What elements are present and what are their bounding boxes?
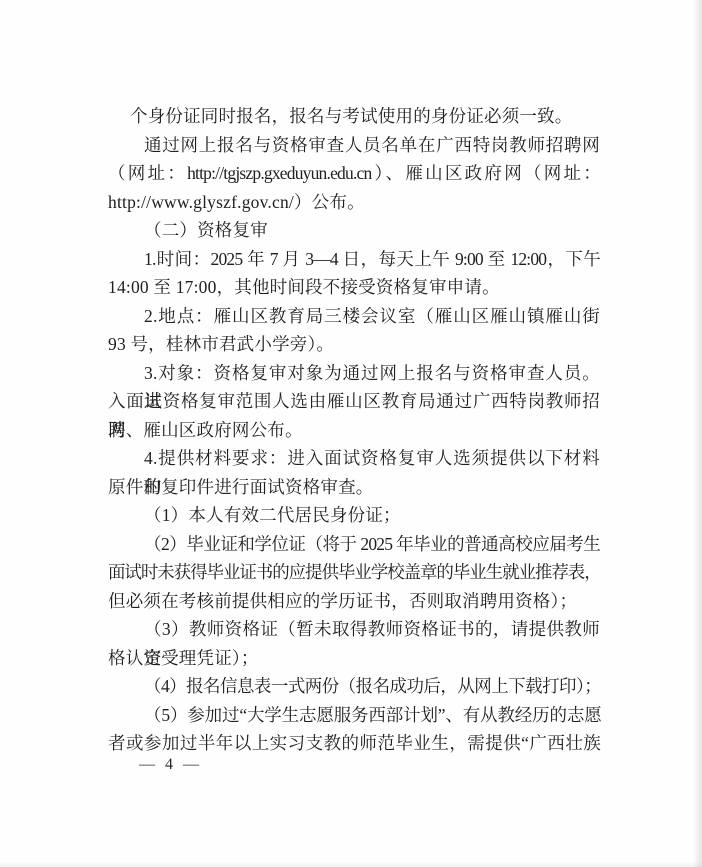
text-line: （2）毕业证和学位证（将于 2025 年毕业的普通高校应届考生 — [108, 530, 600, 559]
text-line: http://www.glyszf.gov.cn/）公布。 — [108, 188, 600, 217]
text-line: 4.提供材料要求：进入面试资格复审人选须提供以下材料的 — [108, 444, 600, 473]
text-line: 2.地点：雁山区教育局三楼会议室（雁山区雁山镇雁山街 — [108, 302, 600, 331]
text-line: 者或参加过半年以上实习支教的师范毕业生，需提供“广西壮族 — [108, 729, 600, 758]
text-line: （1）本人有效二代居民身份证； — [108, 501, 600, 530]
text-line: （3）教师资格证（暂未取得教师资格证书的，请提供教师资 — [108, 615, 600, 644]
text-line: 网、雁山区政府网公布。 — [108, 416, 600, 445]
scan-edge-artifact — [0, 861, 702, 867]
text-line: 格认定受理凭证）； — [108, 644, 600, 673]
text-line: 通过网上报名与资格审查人员名单在广西特岗教师招聘网 — [108, 131, 600, 160]
document-page: 个身份证同时报名，报名与考试使用的身份证必须一致。 通过网上报名与资格审查人员名… — [0, 0, 702, 867]
text-line: （4）报名信息表一式两份（报名成功后，从网上下载打印）； — [108, 672, 600, 701]
scan-edge-artifact — [693, 0, 702, 867]
page-number: — 4 — — [139, 755, 202, 775]
text-line: 原件和复印件进行面试资格审查。 — [108, 473, 600, 502]
text-line: 面试时未获得毕业证书的应提供毕业学校盖章的毕业生就业推荐表， — [108, 558, 600, 587]
text-line: （网址：http://tgjszp.gxeduyun.edu.cn）、雁山区政府… — [108, 159, 600, 188]
page-body-text: 个身份证同时报名，报名与考试使用的身份证必须一致。 通过网上报名与资格审查人员名… — [108, 102, 600, 758]
text-line: 93 号，桂林市君武小学旁）。 — [108, 330, 600, 359]
text-line: （5）参加过“大学生志愿服务西部计划”、有从教经历的志愿 — [108, 701, 600, 730]
text-line: 3.对象：资格复审对象为通过网上报名与资格审查人员。进 — [108, 359, 600, 388]
text-line: 14:00 至 17:00，其他时间段不接受资格复审申请。 — [108, 273, 600, 302]
text-line: 个身份证同时报名，报名与考试使用的身份证必须一致。 — [108, 102, 600, 131]
text-line: 1.时间：2025 年 7 月 3—4 日，每天上午 9:00 至 12:00，… — [108, 245, 600, 274]
section-heading: （二）资格复审 — [108, 216, 600, 245]
text-line: 入面试资格复审范围人选由雁山区教育局通过广西特岗教师招聘 — [108, 387, 600, 416]
text-line: 但必须在考核前提供相应的学历证书，否则取消聘用资格）； — [108, 587, 600, 616]
